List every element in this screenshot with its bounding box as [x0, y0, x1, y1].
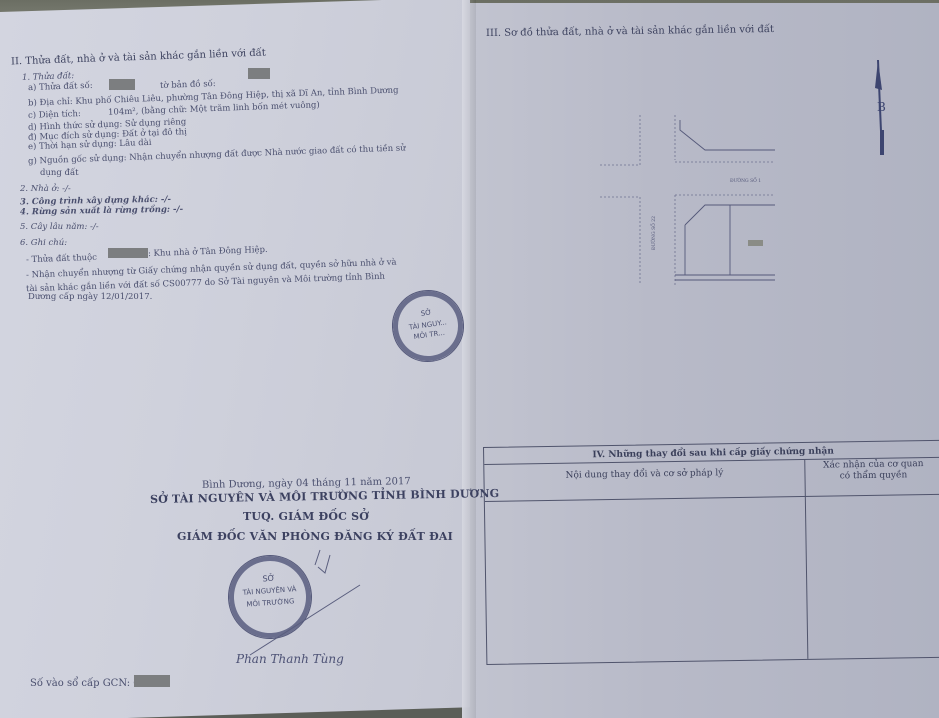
signature-stroke [240, 545, 380, 665]
redacted-registry [134, 675, 170, 687]
land-plot-diagram: ĐƯỜNG SỐ 1 ĐƯỜNG SỐ 22 [595, 100, 795, 300]
registry-label: Số vào sổ cấp GCN: C [30, 678, 141, 689]
ghi-chu-line4: Dương cấp ngày 12/01/2017. [28, 292, 152, 302]
ghi-chu-heading: 6. Ghi chú: [20, 238, 67, 248]
nguon-goc-cont: dụng đất [40, 168, 79, 178]
road-top-label: ĐƯỜNG SỐ 1 [730, 176, 761, 184]
to-ban-do-label: tờ bản đồ số: [160, 79, 216, 91]
page-fold [462, 0, 476, 718]
changes-table: IV. Những thay đổi sau khi cấp giấy chứn… [483, 440, 939, 665]
table-body-empty [485, 494, 939, 666]
signer-name: Phan Thanh Tùng [236, 652, 344, 666]
col-noi-dung-header: Nội dung thay đổi và cơ sở pháp lý [484, 459, 804, 490]
nha-o-item: 2. Nhà ở: -/- [20, 184, 71, 194]
col-xac-nhan-header: Xác nhận của cơ quan có thẩm quyền [804, 459, 939, 483]
road-left-label: ĐƯỜNG SỐ 22 [649, 216, 657, 250]
cay-lau-nam-item: 5. Cây lâu năm: -/- [20, 222, 99, 232]
tuq-line: TUQ. GIÁM ĐỐC SỞ [243, 510, 369, 523]
redacted-thua-dat-so [109, 79, 135, 90]
compass-north-label: B [877, 100, 886, 114]
redacted-ghi-chu [108, 248, 148, 258]
signer-title: GIÁM ĐỐC VĂN PHÒNG ĐĂNG KÝ ĐẤT ĐAI [177, 530, 453, 543]
col-xac-nhan-line2: có thẩm quyền [804, 470, 939, 483]
dien-tich-label: c) Diện tích: [28, 109, 81, 121]
redacted-to-ban-do [248, 68, 270, 79]
